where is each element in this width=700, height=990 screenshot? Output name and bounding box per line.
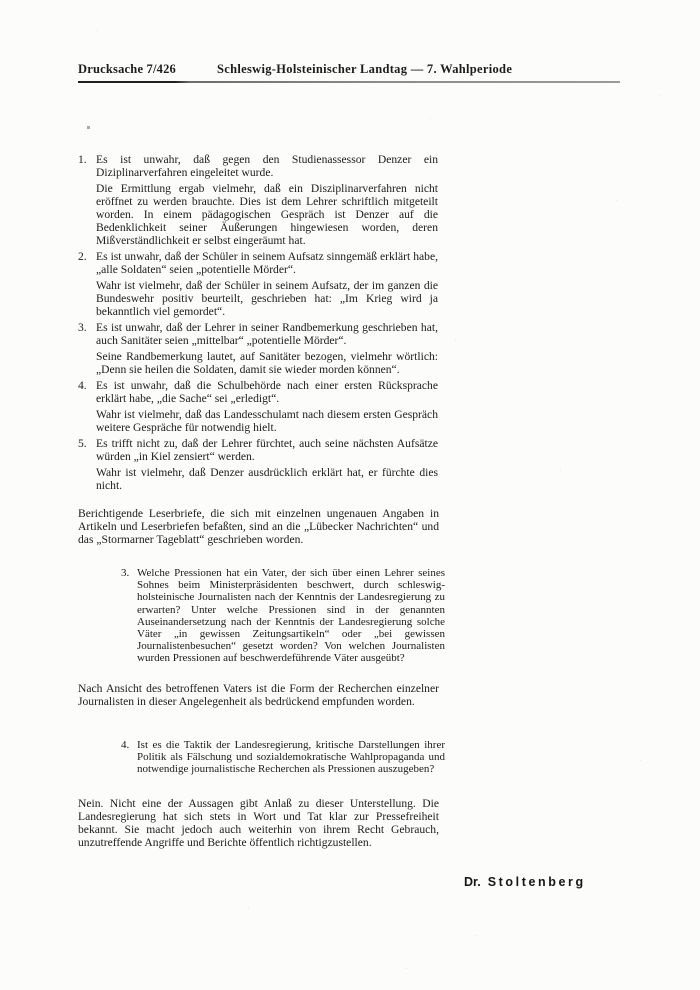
claim-paragraph: Es ist unwahr, daß die Schulbehörde nach… bbox=[96, 379, 438, 405]
doc-title: Schleswig-Holsteinischer Landtag — 7. Wa… bbox=[217, 62, 512, 76]
signature-name: Stoltenberg bbox=[488, 875, 586, 889]
item-number: 4. bbox=[78, 379, 96, 434]
item-number: 5. bbox=[78, 437, 96, 492]
question-text: Welche Pressionen hat ein Vater, der sic… bbox=[137, 567, 445, 665]
interpellation-question-4: 4. Ist es die Taktik der Landesregierung… bbox=[121, 739, 445, 776]
claim-paragraph: Es ist unwahr, daß der Lehrer in seiner … bbox=[96, 321, 438, 347]
rebuttal-paragraph: Wahr ist vielmehr, daß der Schüler in se… bbox=[96, 279, 438, 318]
signature-title: Dr. bbox=[464, 875, 481, 889]
claim-paragraph: Es ist unwahr, daß gegen den Studienasse… bbox=[96, 153, 438, 179]
leserbriefe-paragraph: Berichtigende Leserbriefe, die sich mit … bbox=[78, 507, 439, 546]
item-number: 2. bbox=[78, 250, 96, 318]
claim-paragraph: Es trifft nicht zu, daß der Lehrer fürch… bbox=[96, 437, 438, 463]
claim-paragraph: Es ist unwahr, daß der Schüler in seinem… bbox=[96, 250, 438, 276]
item-number: 3. bbox=[78, 321, 96, 376]
interpellation-question-3: 3. Welche Pressionen hat ein Vater, der … bbox=[121, 567, 445, 665]
government-answer-4: Nein. Nicht eine der Aussagen gibt Anlaß… bbox=[78, 797, 439, 849]
answer-item-4: 4. Es ist unwahr, daß die Schulbehörde n… bbox=[78, 379, 438, 434]
item-body: Es ist unwahr, daß der Schüler in seinem… bbox=[96, 250, 438, 318]
government-answer-3: Nach Ansicht des betroffenen Vaters ist … bbox=[78, 682, 439, 708]
item-body: Es trifft nicht zu, daß der Lehrer fürch… bbox=[96, 437, 438, 492]
question-text: Ist es die Taktik der Landesregierung, k… bbox=[137, 739, 445, 776]
signature: Dr.Stoltenberg bbox=[464, 875, 586, 889]
item-body: Es ist unwahr, daß der Lehrer in seiner … bbox=[96, 321, 438, 376]
item-body: Es ist unwahr, daß gegen den Studienasse… bbox=[96, 153, 438, 247]
answer-item-2: 2. Es ist unwahr, daß der Schüler in sei… bbox=[78, 250, 438, 318]
rebuttal-paragraph: Seine Randbemerkung lautet, auf Sanitäte… bbox=[96, 350, 438, 376]
rebuttal-paragraph: Wahr ist vielmehr, daß Denzer ausdrückli… bbox=[96, 466, 438, 492]
scan-noise-artifacts bbox=[0, 0, 1, 1]
answer-item-3: 3. Es ist unwahr, daß der Lehrer in sein… bbox=[78, 321, 438, 376]
rebuttal-paragraph: Die Ermittlung ergab vielmehr, daß ein D… bbox=[96, 182, 438, 247]
answer-item-1: 1. Es ist unwahr, daß gegen den Studiena… bbox=[78, 153, 438, 247]
document-header: Drucksache 7/426Schleswig-Holsteinischer… bbox=[78, 62, 638, 77]
question-number: 3. bbox=[121, 567, 137, 665]
rebuttal-paragraph: Wahr ist vielmehr, daß das Landesschulam… bbox=[96, 408, 438, 434]
header-rule bbox=[78, 81, 620, 83]
doc-number: Drucksache 7/426 bbox=[78, 62, 176, 76]
item-body: Es ist unwahr, daß die Schulbehörde nach… bbox=[96, 379, 438, 434]
item-number: 1. bbox=[78, 153, 96, 247]
answer-item-5: 5. Es trifft nicht zu, daß der Lehrer fü… bbox=[78, 437, 438, 492]
question-number: 4. bbox=[121, 739, 137, 776]
document-page: Drucksache 7/426Schleswig-Holsteinischer… bbox=[0, 0, 700, 990]
numbered-answers-list: 1. Es ist unwahr, daß gegen den Studiena… bbox=[78, 153, 438, 495]
